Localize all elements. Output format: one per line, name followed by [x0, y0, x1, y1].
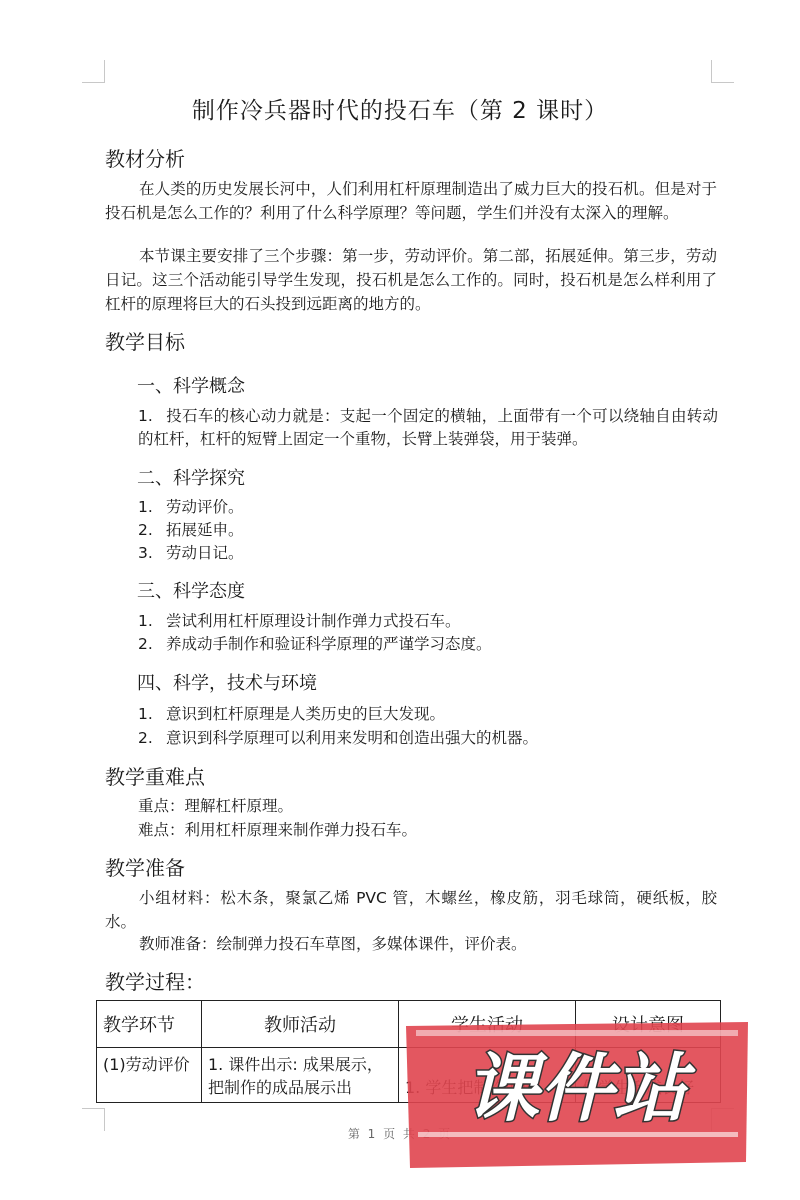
preparation-line: 小组材料：松木条，聚氯乙烯 PVC 管，木螺丝，橡皮筋，羽毛球筒，硬纸板，胶水。: [105, 886, 717, 934]
table-header-cell: 教学环节: [97, 1001, 202, 1048]
list-item: 3.劳动日记。: [138, 542, 244, 565]
page-corner-mark: [82, 60, 105, 83]
section-heading-analysis: 教材分析: [105, 143, 185, 172]
table-header-cell: 教师活动: [202, 1001, 399, 1048]
svg-text:课件站: 课件站: [465, 1046, 696, 1132]
section-heading-goals: 教学目标: [105, 326, 185, 355]
list-item: 1.劳动评价。: [138, 496, 244, 519]
preparation-line: 教师准备：绘制弹力投石车草图，多媒体课件，评价表。: [105, 932, 717, 956]
goal-subheading: 三、科学态度: [137, 577, 245, 603]
document-title: 制作冷兵器时代的投石车（第 2 课时）: [0, 92, 800, 125]
list-item: 2.意识到科学原理可以利用来发明和创造出强大的机器。: [138, 727, 538, 750]
section-heading-process: 教学过程：: [105, 966, 205, 995]
document-page: 制作冷兵器时代的投石车（第 2 课时） 教材分析 在人类的历史发展长河中，人们利…: [0, 0, 800, 1200]
table-cell: (1)劳动评价: [97, 1048, 202, 1103]
analysis-paragraph: 本节课主要安排了三个步骤：第一步，劳动评价。第二部，拓展延伸。第三步，劳动日记。…: [105, 244, 717, 316]
goal-subheading: 二、科学探究: [137, 464, 245, 490]
page-corner-mark: [711, 60, 734, 83]
list-item: 2.养成动手制作和验证科学原理的严谨学习态度。: [138, 633, 492, 656]
keypoint-line: 重点：理解杠杆原理。: [138, 795, 293, 818]
goal-subheading: 四、科学，技术与环境: [137, 669, 317, 695]
analysis-paragraph: 在人类的历史发展长河中，人们利用杠杆原理制造出了威力巨大的投石机。但是对于投石机…: [105, 177, 717, 225]
section-heading-preparation: 教学准备: [105, 852, 185, 881]
list-item: 1.尝试利用杠杆原理设计制作弹力式投石车。: [138, 610, 461, 633]
list-item: 1.投石车的核心动力就是：支起一个固定的横轴，上面带有一个可以绕轴自由转动的杠杆…: [138, 405, 718, 451]
section-heading-keypoints: 教学重难点: [105, 761, 205, 790]
watermark-stamp: 课件站: [398, 1012, 753, 1172]
goal-subheading: 一、科学概念: [137, 372, 245, 398]
table-cell: 1. 课件出示: 成果展示，把制作的成品展示出: [202, 1048, 399, 1103]
keypoint-line: 难点：利用杠杆原理来制作弹力投石车。: [138, 819, 417, 842]
list-item: 1.意识到杠杆原理是人类历史的巨大发现。: [138, 703, 445, 726]
watermark-stamp-icon: 课件站: [398, 1012, 753, 1172]
list-item: 2.拓展延申。: [138, 519, 244, 542]
